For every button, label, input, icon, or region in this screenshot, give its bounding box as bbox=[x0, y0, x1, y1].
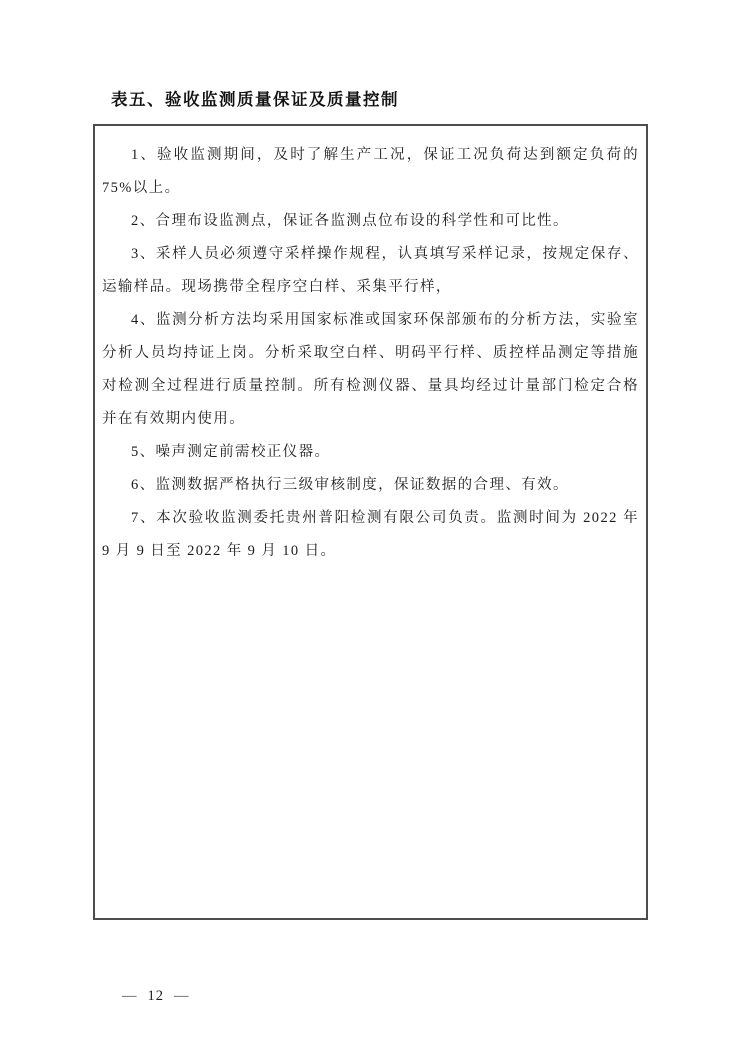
paragraph-6: 6、监测数据严格执行三级审核制度，保证数据的合理、有效。 bbox=[102, 469, 639, 502]
document-page: 表五、验收监测质量保证及质量控制 1、验收监测期间，及时了解生产工况，保证工况负… bbox=[0, 0, 740, 1046]
paragraph-1: 1、验收监测期间，及时了解生产工况，保证工况负荷达到额定负荷的 75%以上。 bbox=[102, 139, 639, 205]
footer-left-dash: — bbox=[112, 988, 148, 1004]
paragraph-3: 3、采样人员必须遵守采样操作规程，认真填写采样记录，按规定保存、运输样品。现场携… bbox=[102, 238, 639, 304]
footer-right-dash: — bbox=[164, 988, 200, 1004]
paragraph-2: 2、合理布设监测点，保证各监测点位布设的科学性和可比性。 bbox=[102, 205, 639, 238]
quality-control-box: 1、验收监测期间，及时了解生产工况，保证工况负荷达到额定负荷的 75%以上。 2… bbox=[93, 124, 648, 920]
page-number: 12 bbox=[148, 988, 165, 1004]
paragraph-5: 5、噪声测定前需校正仪器。 bbox=[102, 436, 639, 469]
page-title: 表五、验收监测质量保证及质量控制 bbox=[111, 86, 399, 110]
page-footer: —12— bbox=[112, 988, 200, 1005]
paragraph-7: 7、本次验收监测委托贵州普阳检测有限公司负责。监测时间为 2022 年 9 月 … bbox=[102, 502, 639, 568]
paragraph-4: 4、监测分析方法均采用国家标准或国家环保部颁布的分析方法，实验室分析人员均持证上… bbox=[102, 304, 639, 436]
